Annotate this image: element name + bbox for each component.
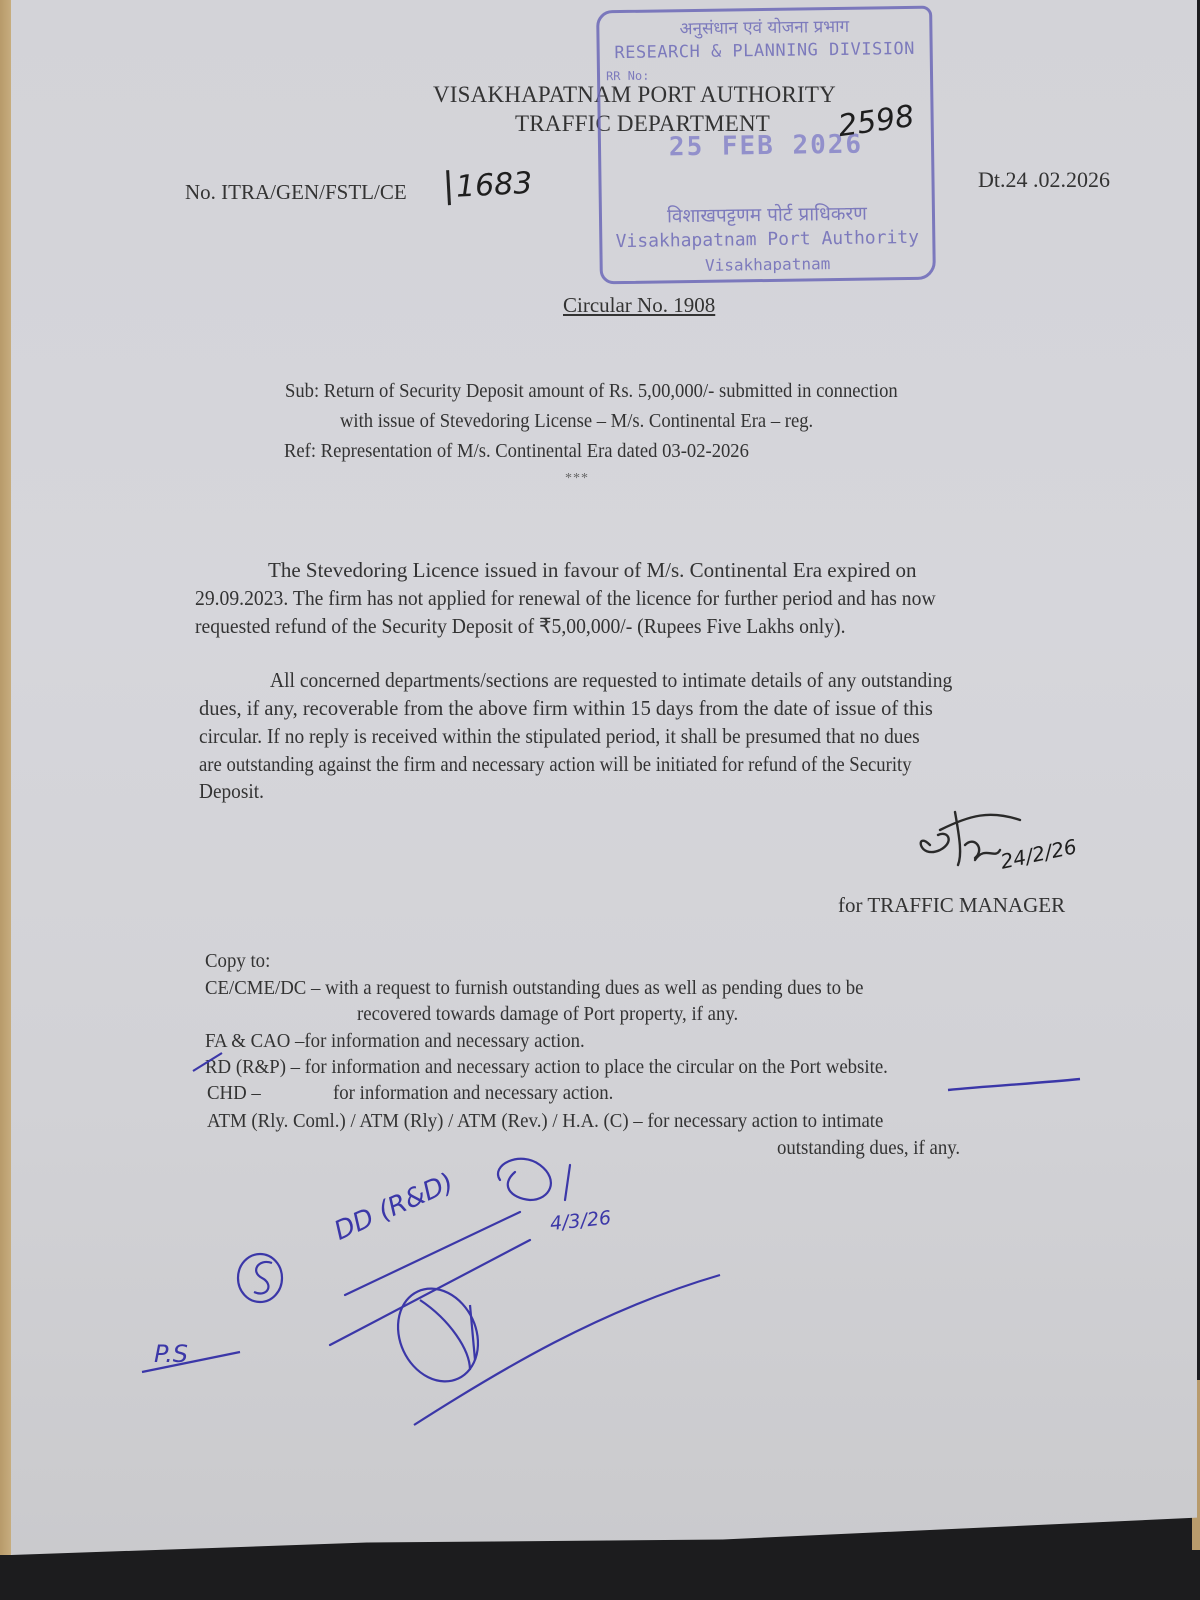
stamp-hindi-authority: विशाखपट्टणम पोर्ट प्राधिकरण [602,199,932,230]
desk-edge-left [0,0,12,1555]
copy-to-entry-fa: FA & CAO –for information and necessary … [205,1030,585,1053]
stamp-authority: Visakhapatnam Port Authority [602,227,932,253]
file-number-handwritten: 1683 [446,166,533,205]
para1-line-1: The Stevedoring Licence issued in favour… [268,558,1128,583]
copy-to-entry-ce-cont: recovered towards damage of Port propert… [357,1003,738,1026]
para2-line-2: dues, if any, recoverable from the above… [199,696,933,721]
copy-to-entry-atm-cont: outstanding dues, if any. [777,1137,960,1160]
para1-line-2: 29.09.2023. The firm has not applied for… [195,586,936,611]
initials-ps: P.S [154,1340,188,1368]
para2-line-4: are outstanding against the firm and nec… [199,752,912,777]
copy-to-heading: Copy to: [205,950,270,973]
copy-to-entry-rd: RD (R&P) – for information and necessary… [205,1056,888,1079]
stamp-hindi-division: अनुसंधान एवं योजना प्रभाग [599,13,929,41]
stamp-rr-label: RR No: [606,69,650,84]
stamp-city: Visakhapatnam [603,253,933,277]
circular-number: Circular No. 1908 [563,293,715,318]
stamp-division: RESEARCH & PLANNING DIVISION [600,39,930,64]
signatory-designation: for TRAFFIC MANAGER [838,893,1065,918]
reference-line: Ref: Representation of M/s. Continental … [284,440,749,463]
separator-stars: *** [565,471,589,487]
para1-text-1: The Stevedoring Licence issued in favour… [268,558,917,583]
copy-to-entry-atm: ATM (Rly. Coml.) / ATM (Rly) / ATM (Rev.… [207,1110,883,1133]
para2-line-1: All concerned departments/sections are r… [270,668,952,693]
subject-line-1: Sub: Return of Security Deposit amount o… [285,380,898,403]
para1-line-3: requested refund of the Security Deposit… [195,614,845,639]
para2-line-3: circular. If no reply is received within… [199,724,920,749]
subject-line-2: with issue of Stevedoring License – M/s.… [340,410,813,433]
file-number: No. ITRA/GEN/FSTL/CE [185,180,407,205]
received-stamp: अनुसंधान एवं योजना प्रभाग RESEARCH & PLA… [596,6,936,285]
copy-to-entry-ce: CE/CME/DC – with a request to furnish ou… [205,977,863,1000]
copy-to-entry-chd-label: CHD – [207,1082,261,1105]
para2-line-5: Deposit. [199,779,264,804]
issue-date: Dt.24 .02.2026 [978,167,1110,193]
copy-to-entry-chd-text: for information and necessary action. [333,1082,613,1105]
